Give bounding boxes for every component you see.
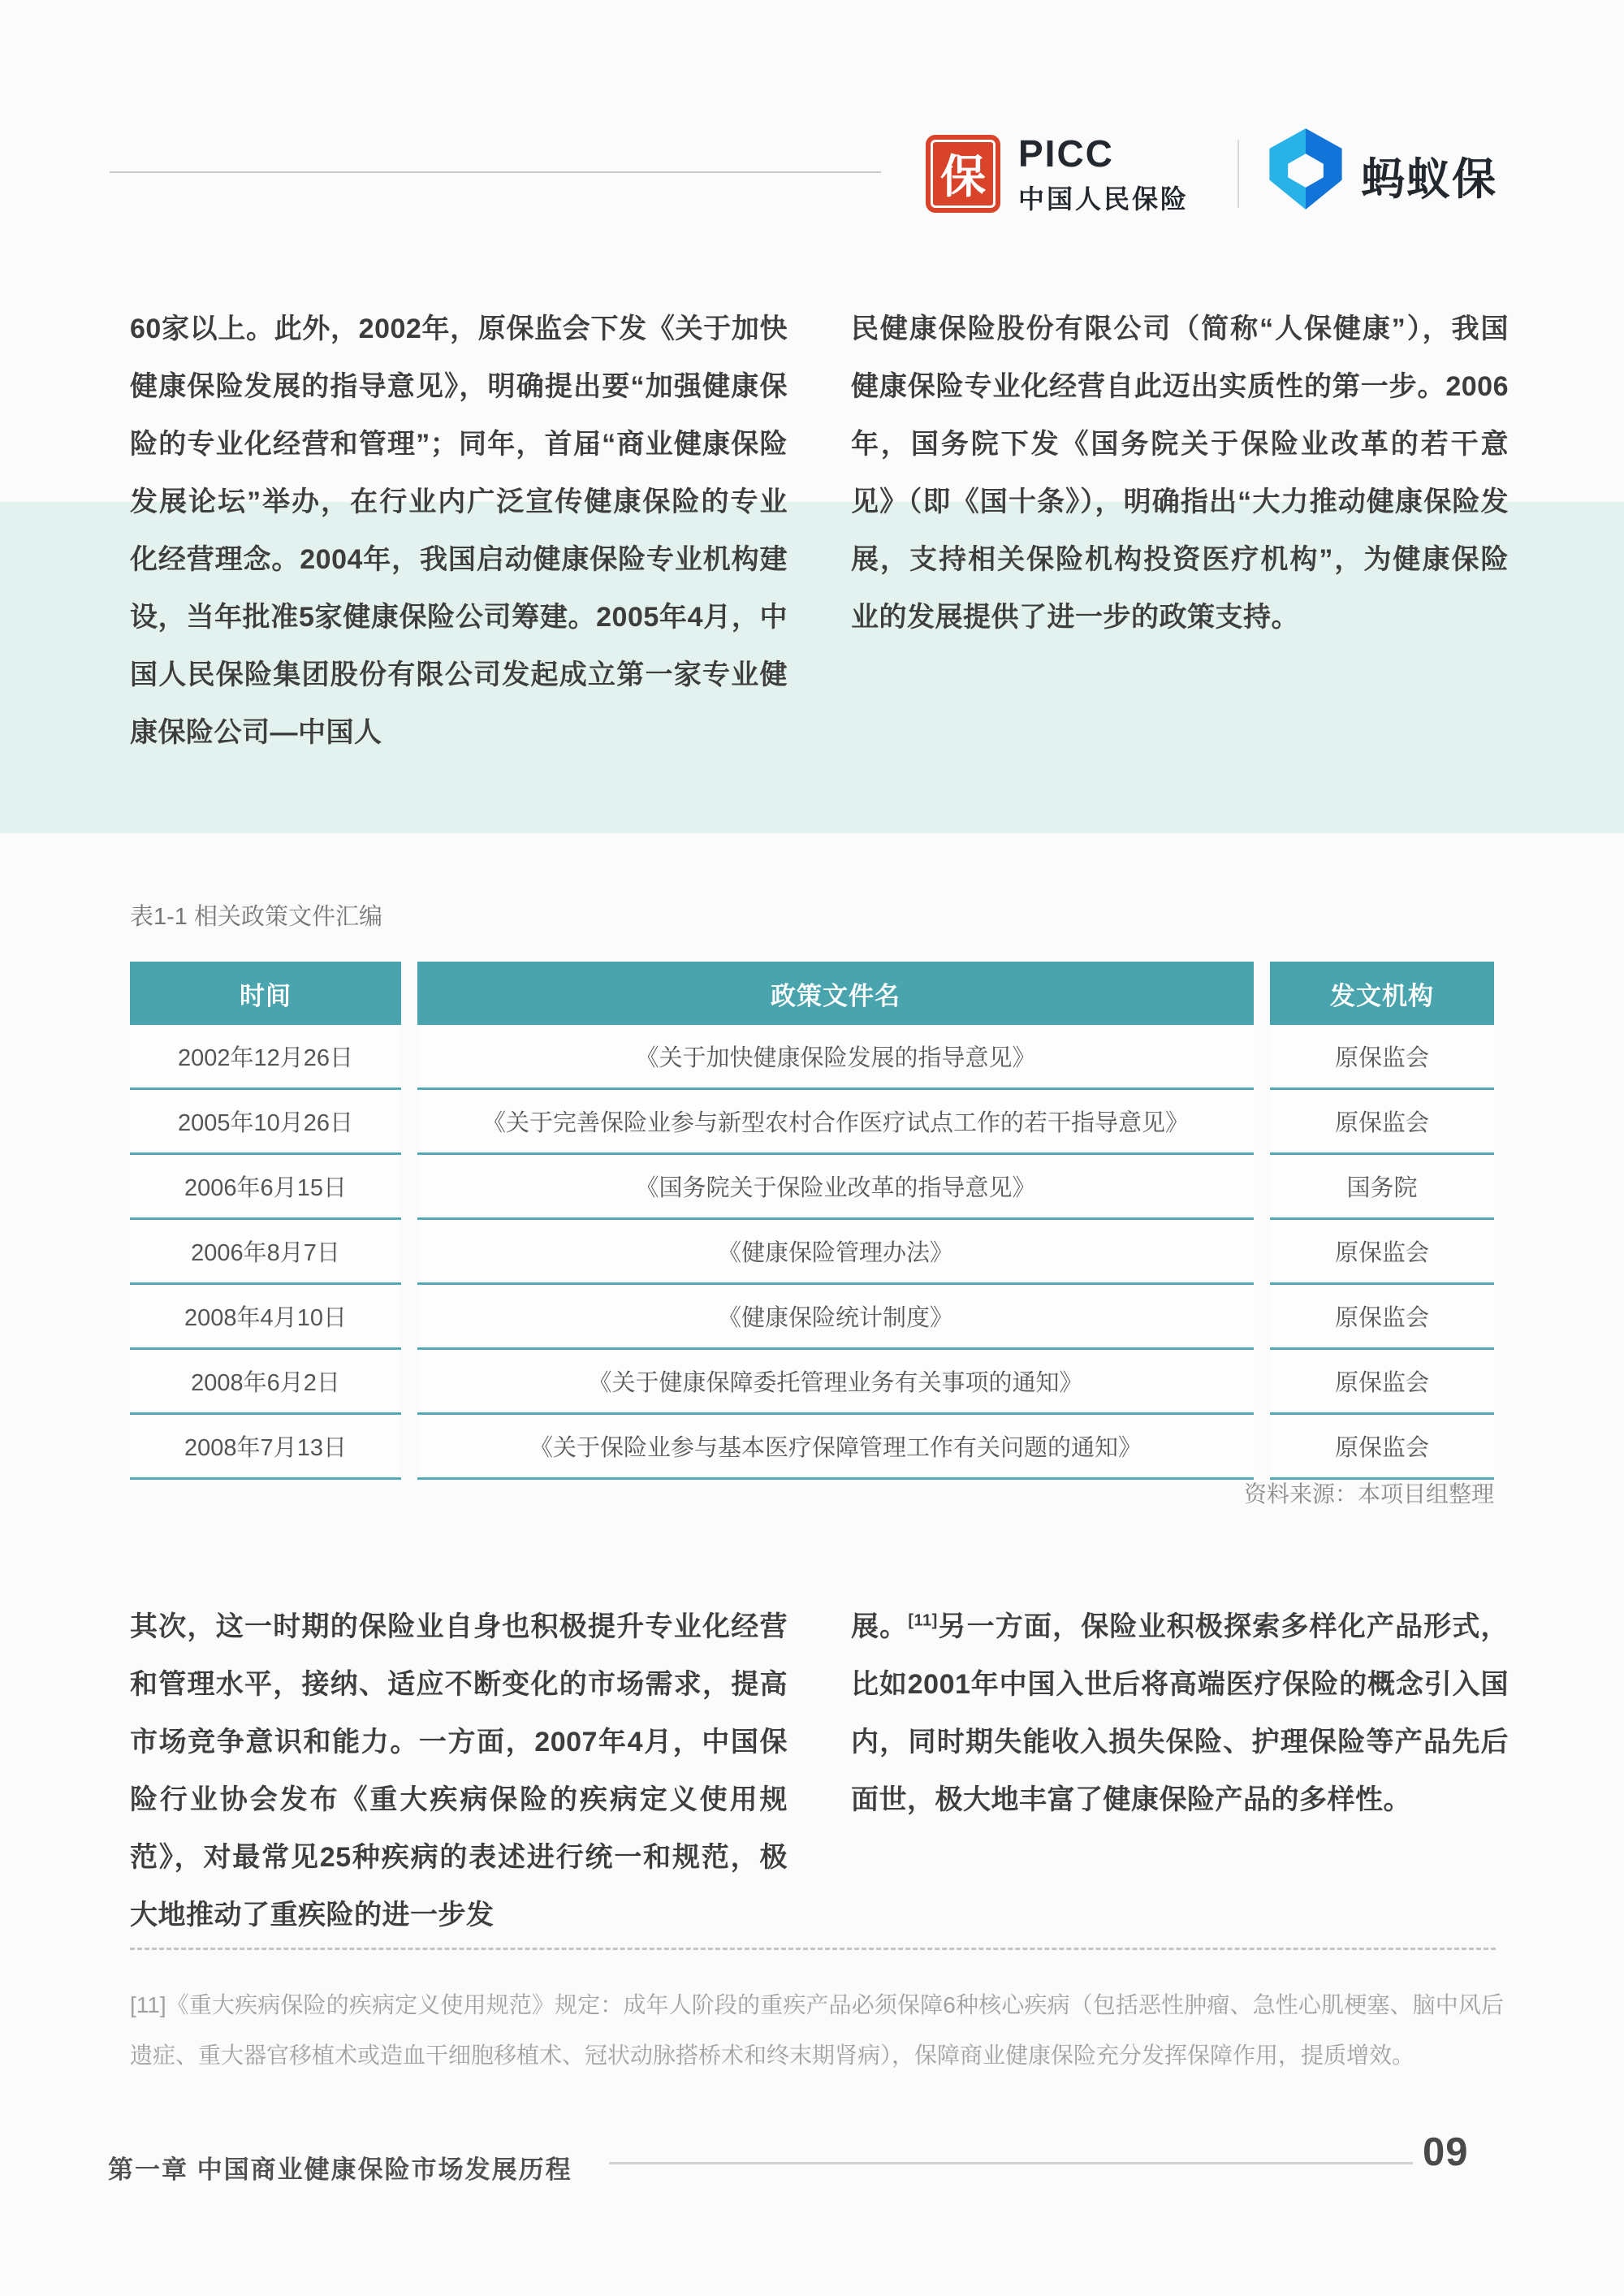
- table-cell: 2006年8月7日: [130, 1220, 401, 1285]
- table-cell: 2008年7月13日: [130, 1415, 401, 1480]
- table-header-issuer: 发文机构: [1270, 962, 1494, 1025]
- table-cell: 《健康保险管理办法》: [417, 1220, 1254, 1285]
- table-source-note: 资料来源：本项目组整理: [1244, 1477, 1494, 1509]
- table-cell: 《关于健康保障委托管理业务有关事项的通知》: [417, 1350, 1254, 1415]
- table-cell: 国务院: [1270, 1155, 1494, 1220]
- policy-table: 时间 政策文件名 发文机构 2002年12月26日 《关于加快健康保险发展的指导…: [130, 962, 1494, 1480]
- footnote-text: [11]《重大疾病保险的疾病定义使用规范》规定：成年人阶段的重疾产品必须保障6种…: [130, 1980, 1504, 2081]
- table-cell: 原保监会: [1270, 1350, 1494, 1415]
- analysis-right-pre: 展。: [851, 1611, 908, 1642]
- antbao-shield-icon: [1263, 127, 1348, 211]
- table-cell: 2005年10月26日: [130, 1090, 401, 1155]
- table-cell: 原保监会: [1270, 1415, 1494, 1480]
- antbao-wordmark: 蚂蚁保: [1361, 145, 1497, 207]
- table-cell: 《健康保险统计制度》: [417, 1285, 1254, 1350]
- analysis-right-paragraph: 展。[11]另一方面，保险业积极探索多样化产品形式，比如2001年中国入世后将高…: [851, 1598, 1509, 1829]
- footnote-reference-marker: [11]: [908, 1612, 937, 1630]
- footnote-divider: [130, 1948, 1496, 1950]
- analysis-left-paragraph: 其次，这一时期的保险业自身也积极提升专业化经营和管理水平，接纳、适应不断变化的市…: [130, 1598, 788, 1944]
- intro-right-paragraph: 民健康保险股份有限公司（简称“人保健康”），我国健康保险专业化经营自此迈出实质性…: [851, 301, 1509, 646]
- table-header-time: 时间: [130, 962, 401, 1025]
- logo-divider: [1237, 140, 1239, 208]
- footer-chapter-title: 第一章 中国商业健康保险市场发展历程: [108, 2149, 572, 2186]
- picc-seal-character: 保: [931, 140, 996, 208]
- analysis-right-rest: 另一方面，保险业积极探索多样化产品形式，比如2001年中国入世后将高端医疗保险的…: [851, 1611, 1509, 1815]
- table-cell: 2002年12月26日: [130, 1025, 401, 1090]
- footer-rule: [609, 2162, 1413, 2164]
- table-cell: 2008年4月10日: [130, 1285, 401, 1350]
- table-cell: 《国务院关于保险业改革的指导意见》: [417, 1155, 1254, 1220]
- table-cell: 原保监会: [1270, 1220, 1494, 1285]
- table-caption: 表1-1 相关政策文件汇编: [130, 898, 382, 932]
- table-cell: 《关于加快健康保险发展的指导意见》: [417, 1025, 1254, 1090]
- intro-left-paragraph: 60家以上。此外，2002年，原保监会下发《关于加快健康保险发展的指导意见》，明…: [130, 301, 788, 762]
- header-rule: [110, 171, 881, 173]
- table-cell: 《关于完善保险业参与新型农村合作医疗试点工作的若干指导意见》: [417, 1090, 1254, 1155]
- table-cell: 《关于保险业参与基本医疗保障管理工作有关问题的通知》: [417, 1415, 1254, 1480]
- table-cell: 2008年6月2日: [130, 1350, 401, 1415]
- picc-wordmark: PICC: [1018, 132, 1114, 175]
- table-cell: 2006年6月15日: [130, 1155, 401, 1220]
- footer-page-number: 09: [1423, 2130, 1469, 2175]
- table-cell: 原保监会: [1270, 1285, 1494, 1350]
- table-cell: 原保监会: [1270, 1025, 1494, 1090]
- picc-seal-icon: 保: [926, 135, 1000, 213]
- table-cell: 原保监会: [1270, 1090, 1494, 1155]
- picc-wordmark-cn: 中国人民保险: [1018, 179, 1189, 216]
- table-header-document: 政策文件名: [417, 962, 1254, 1025]
- report-page: 保 PICC 中国人民保险 蚂蚁保 60家以上。此外，2002年，原保监会下发《…: [0, 0, 1624, 2296]
